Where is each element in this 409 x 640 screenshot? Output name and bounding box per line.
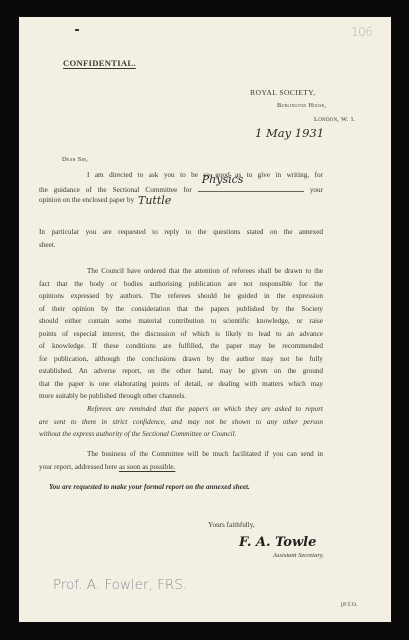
- letter-page: 106 CONFIDENTIAL. ROYAL SOCIETY, Burling…: [19, 17, 391, 622]
- asap-underlined: as soon as possible.: [119, 463, 175, 471]
- council-line: of knowledge. If these conditions are fu…: [39, 340, 323, 353]
- committee-field: Physics: [198, 182, 304, 192]
- request-paragraph: I am directed to ask you to be so good a…: [39, 169, 323, 207]
- request-line-2: the guidance of the Sectional Committee …: [39, 182, 323, 195]
- please-turn-over: [P.T.O.: [341, 602, 358, 608]
- confidence-paragraph: Referees are reminded that the papers on…: [39, 403, 323, 441]
- handwritten-date: 1 May 1931: [255, 126, 324, 140]
- council-line: established. An adverse report, on the o…: [39, 365, 323, 378]
- confidence-line: Referees are reminded that the papers on…: [39, 403, 323, 416]
- address-line-2: Burlington House,: [277, 102, 326, 109]
- business-text-1: The business of the Committee will be mu…: [87, 450, 323, 458]
- ink-mark: [75, 29, 79, 31]
- committee-handwritten: Physics: [202, 174, 244, 187]
- council-line: points of especial interest, the discuss…: [39, 328, 323, 341]
- council-line: opinions expressed by authors. The refer…: [39, 290, 323, 303]
- signatory-title: Assistant Secretary.: [273, 552, 324, 559]
- address-line-1: ROYAL SOCIETY,: [250, 88, 316, 97]
- council-text: The Council have ordered that the attent…: [87, 267, 323, 275]
- council-line: for publication, although the conclusion…: [39, 353, 323, 366]
- request-text-2: the guidance of the Sectional Committee …: [39, 186, 192, 194]
- council-line: fact that the body or bodies authorising…: [39, 278, 323, 291]
- particular-line-1: In particular you are requested to reply…: [39, 226, 323, 239]
- business-line-1: The business of the Committee will be mu…: [39, 448, 323, 461]
- business-line-2: your report, addressed here as soon as p…: [39, 461, 323, 474]
- confidence-line: without the express authority of the Sec…: [39, 428, 323, 441]
- signature: F. A. Towle: [239, 535, 316, 550]
- council-line: that the paper is one elaborating points…: [39, 378, 323, 391]
- confidence-text: Referees are reminded that the papers on…: [87, 405, 323, 413]
- business-text-2: your report, addressed here: [39, 463, 117, 471]
- business-paragraph: The business of the Committee will be mu…: [39, 448, 323, 473]
- confidential-heading: CONFIDENTIAL.: [63, 58, 136, 68]
- author-handwritten: Tuttle: [138, 195, 171, 208]
- particular-paragraph: In particular you are requested to reply…: [39, 226, 323, 251]
- council-line: should either contain some material cont…: [39, 315, 323, 328]
- address-line-3: London, W. 1.: [314, 116, 356, 123]
- salutation: Dear Sir,: [62, 156, 88, 163]
- confidence-line: are sent to them in strict confidence, a…: [39, 416, 323, 429]
- formal-report-note: You are requested to make your formal re…: [49, 483, 250, 491]
- scan-background: 106 CONFIDENTIAL. ROYAL SOCIETY, Burling…: [0, 0, 409, 640]
- council-line: The Council have ordered that the attent…: [39, 265, 323, 278]
- closing: Yours faithfully,: [208, 521, 255, 529]
- request-line-1: I am directed to ask you to be so good a…: [39, 169, 323, 182]
- folio-number: 106: [351, 25, 372, 39]
- council-line: of their opinion by the consideration th…: [39, 303, 323, 316]
- council-paragraph: The Council have ordered that the attent…: [39, 265, 323, 403]
- request-text-3: opinion on the enclosed paper by: [39, 196, 134, 204]
- particular-line-2: sheet.: [39, 239, 323, 252]
- recipient-pencil-note: Prof. A. Fowler, FRS.: [53, 577, 187, 593]
- request-text-2b: your: [310, 186, 323, 194]
- request-line-3: opinion on the enclosed paper by Tuttle: [39, 194, 323, 207]
- council-line: more suitably be published through other…: [39, 390, 323, 403]
